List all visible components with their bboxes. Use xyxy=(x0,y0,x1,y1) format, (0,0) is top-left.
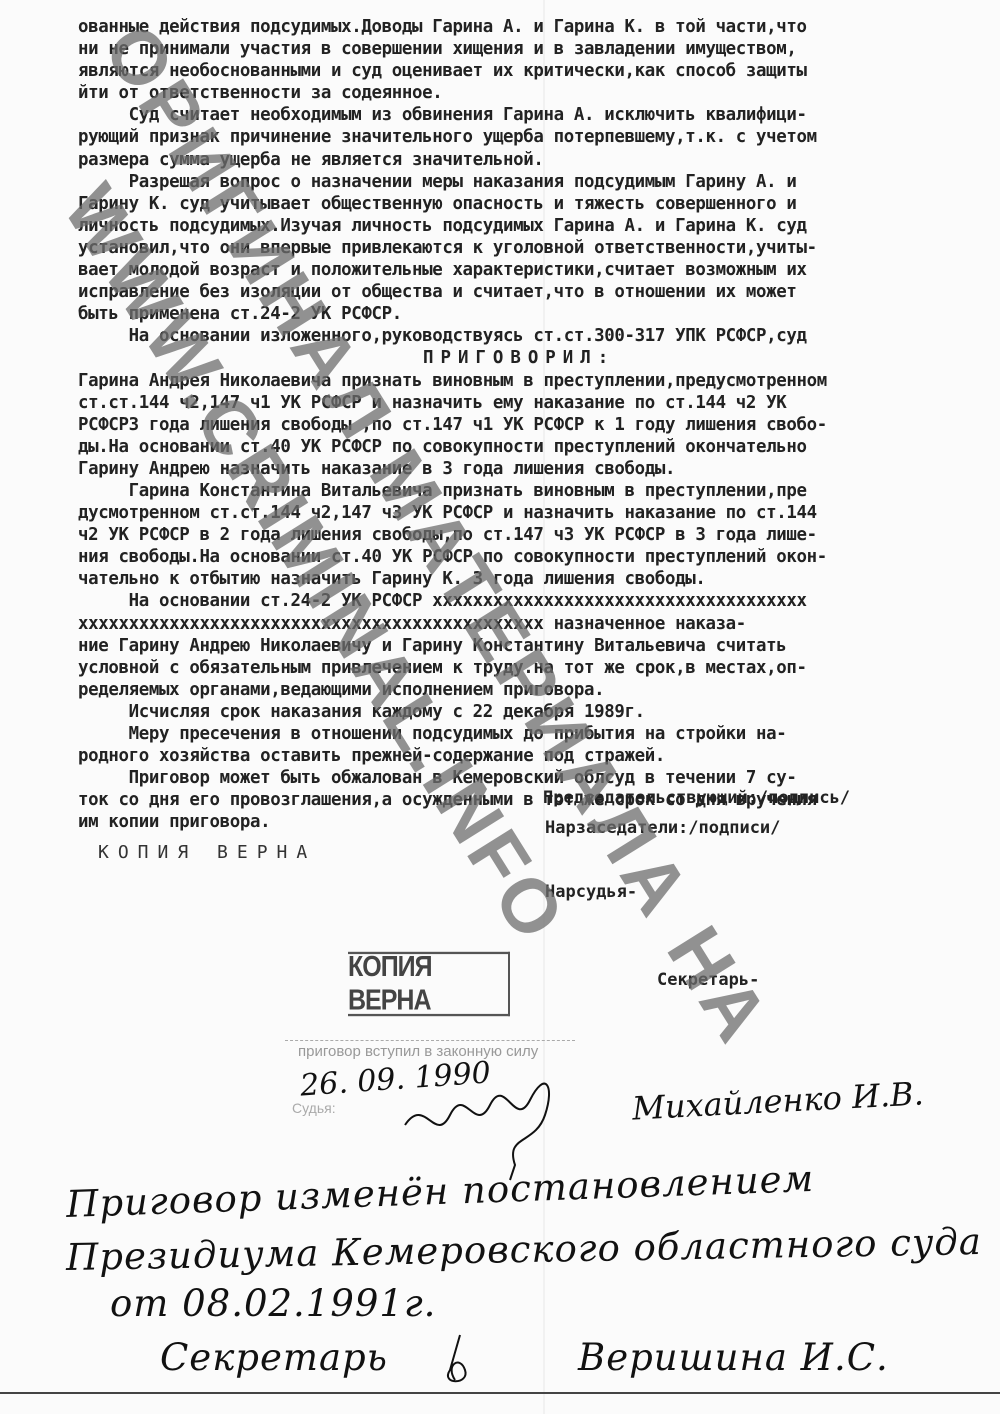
body-text-line: Гарину К. суд учитывает общественную опа… xyxy=(78,193,998,215)
verdict-text-line: РСФСР3 года лишения свободы ,по ст.147 ч… xyxy=(78,414,998,436)
verdict-text-line: чательно к отбытию назначить Гарину К. 3… xyxy=(78,568,998,590)
copy-certified-stamp: КОПИЯ ВЕРНА xyxy=(348,952,510,1016)
document-page: ованные действия подсудимых.Доводы Гарин… xyxy=(0,0,1000,1414)
verdict-text-line: Приговор может быть обжалован в Кемеровс… xyxy=(78,767,998,789)
body-text-line: исправление без изоляции от общества и с… xyxy=(78,281,998,303)
verdict-text-line: ч2 УК РСФСР в 2 года лишения свободы,по … xyxy=(78,524,998,546)
body-text-line: рующий признак причинение значительного … xyxy=(78,126,998,148)
page-bottom-rule xyxy=(0,1392,1000,1394)
legal-force-label: приговор вступил в законную силу xyxy=(298,1043,538,1060)
verdict-text-line: ст.ст.144 ч2,147 ч1 УК РСФСР и назначить… xyxy=(78,392,998,414)
body-text-line: вает молодой возраст и положительные хар… xyxy=(78,259,998,281)
typed-copy-certified-label: КОПИЯ ВЕРНА xyxy=(98,842,316,863)
verdict-text-line: родного хозяйства оставить прежней-содер… xyxy=(78,745,998,767)
verdict-text-line: дусмотренном ст.ст.144 ч2,147 ч3 УК РСФС… xyxy=(78,502,998,524)
verdict-text-line: Меру пресечения в отношении подсудимых д… xyxy=(78,723,998,745)
body-text-line: быть применена ст.24-2 УК РСФСР. xyxy=(78,303,998,325)
body-text-line: На основании изложенного,руководствуясь … xyxy=(78,325,998,347)
verdict-text-line: условной с обязательным привлечением к т… xyxy=(78,657,998,679)
body-text-line: ни не принимали участия в совершении хищ… xyxy=(78,38,998,60)
body-text-line: размера сумма ущерба не является значите… xyxy=(78,149,998,171)
typed-text-block: ованные действия подсудимых.Доводы Гарин… xyxy=(78,16,998,833)
verdict-text-line: Исчисляя срок наказания каждому с 22 дек… xyxy=(78,701,998,723)
verdict-text-line: ния свободы.На основании ст.40 УК РСФСР … xyxy=(78,546,998,568)
handwritten-secretary-name: Веришина И.С. xyxy=(578,1336,889,1379)
handwritten-secretary-label: Секретарь xyxy=(160,1336,388,1379)
body-text-line: Суд считает необходимым из обвинения Гар… xyxy=(78,104,998,126)
handwritten-note-line-2: Президиума Кемеровского областного суда xyxy=(66,1220,983,1279)
handwritten-note-line-3: от 08.02.1991г. xyxy=(110,1282,436,1325)
verdict-text-line: ределяемых органами,ведающими исполнение… xyxy=(78,679,998,701)
verdict-text-line: На основании ст.24-2 УК РСФСР хххххххххх… xyxy=(78,590,998,612)
judge-name-handwritten: Михайленко И.В. xyxy=(631,1074,924,1127)
body-text-line: установил,что они впервые привлекаются к… xyxy=(78,237,998,259)
verdict-text-line: ды.На основании ст.40 УК РСФСР по совоку… xyxy=(78,436,998,458)
verdict-text-line: ток со дня его провозглашения,а осужденн… xyxy=(78,789,998,811)
body-text-line: ованные действия подсудимых.Доводы Гарин… xyxy=(78,16,998,38)
assessors-signature-line: Нарзаседатели:/подписи/ xyxy=(545,818,780,838)
presiding-signature-line: Председательствующий:/подпись/ xyxy=(543,788,850,808)
verdict-text-line: Гарина Андрея Николаевича признать винов… xyxy=(78,370,998,392)
verdict-text-line: хххххххххххххххххххххххххххххххххххххххх… xyxy=(78,613,998,635)
verdict-text-line: ние Гарину Андрею Николаевичу и Гарину К… xyxy=(78,635,998,657)
body-text-line: Разрешая вопрос о назначении меры наказа… xyxy=(78,171,998,193)
verdict-text-line: Гарина Константина Витальевича признать … xyxy=(78,480,998,502)
body-text-line: личность подсудимых.Изучая личность подс… xyxy=(78,215,998,237)
body-text-line: являются необоснованными и суд оценивает… xyxy=(78,60,998,82)
verdict-text-line: Гарину Андрею назначить наказание в 3 го… xyxy=(78,458,998,480)
secretary-signature-line: Секретарь- xyxy=(657,970,759,990)
verdict-heading: ПРИГОВОРИЛ: xyxy=(78,347,998,369)
verdict-text-line: им копии приговора. xyxy=(78,811,998,833)
secretary-signature-scribble xyxy=(430,1330,480,1390)
body-text-line: йти от ответственности за содеянное. xyxy=(78,82,998,104)
judge-signature-line: Нарсудья- xyxy=(545,882,637,902)
